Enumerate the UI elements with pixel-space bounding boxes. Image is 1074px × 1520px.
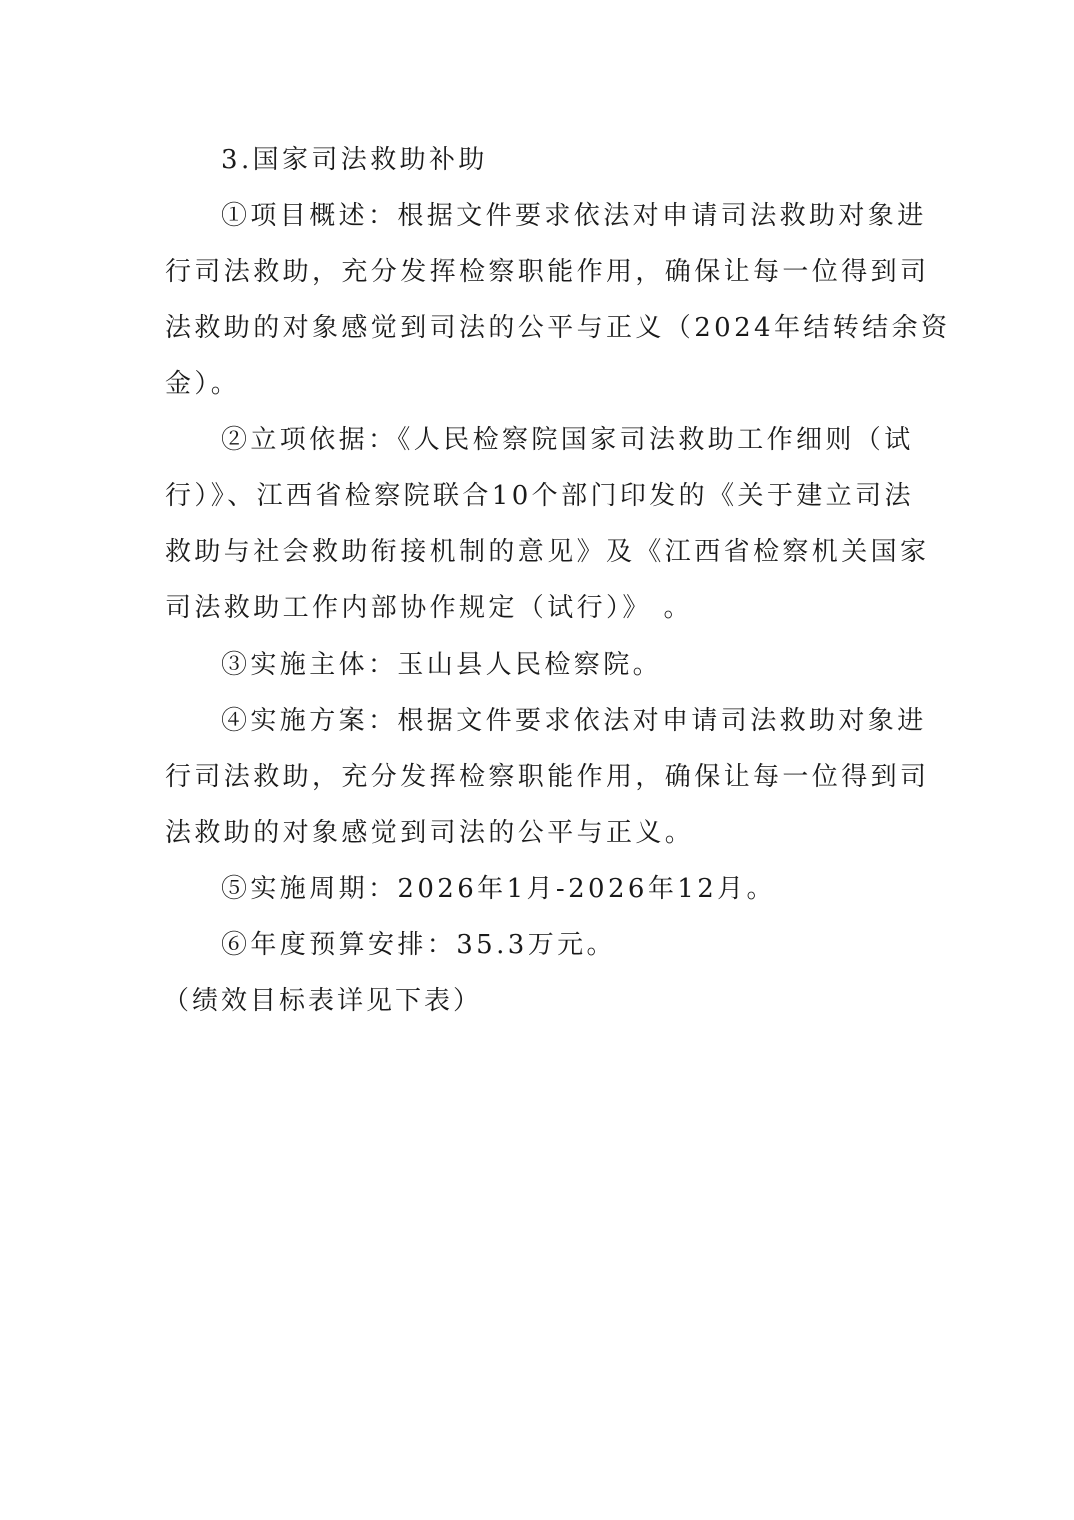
paragraph-line: ⑥年度预算安排：35.3万元。 [221, 925, 913, 965]
paragraph-line: ⑤实施周期：2026年1月-2026年12月。 [221, 869, 913, 909]
paragraph-line: ②立项依据：《人民检察院国家司法救助工作细则（试 [221, 420, 913, 460]
paragraph-line: 金）。 [165, 364, 913, 404]
paragraph-line: ④实施方案：根据文件要求依法对申请司法救助对象进 [221, 701, 913, 741]
document-page: 3.国家司法救助补助 ①项目概述：根据文件要求依法对申请司法救助对象进 行司法救… [0, 0, 1074, 1520]
paragraph-line: ③实施主体：玉山县人民检察院。 [221, 645, 913, 685]
paragraph-line: 法救助的对象感觉到司法的公平与正义（2024年结转结余资 [165, 308, 913, 348]
paragraph-line: ①项目概述：根据文件要求依法对申请司法救助对象进 [221, 196, 913, 236]
paragraph-line: 行司法救助，充分发挥检察职能作用，确保让每一位得到司 [165, 757, 913, 797]
section-title: 3.国家司法救助补助 [221, 140, 913, 180]
paragraph-line: 行司法救助，充分发挥检察职能作用，确保让每一位得到司 [165, 252, 913, 292]
table-note: （绩效目标表详见下表） [163, 981, 911, 1021]
paragraph-line: 救助与社会救助衔接机制的意见》及《江西省检察机关国家 [165, 532, 913, 572]
paragraph-line: 司法救助工作内部协作规定（试行）》 。 [165, 588, 913, 628]
paragraph-line: 行）》、江西省检察院联合10个部门印发的《关于建立司法 [165, 476, 913, 516]
paragraph-line: 法救助的对象感觉到司法的公平与正义。 [165, 813, 913, 853]
